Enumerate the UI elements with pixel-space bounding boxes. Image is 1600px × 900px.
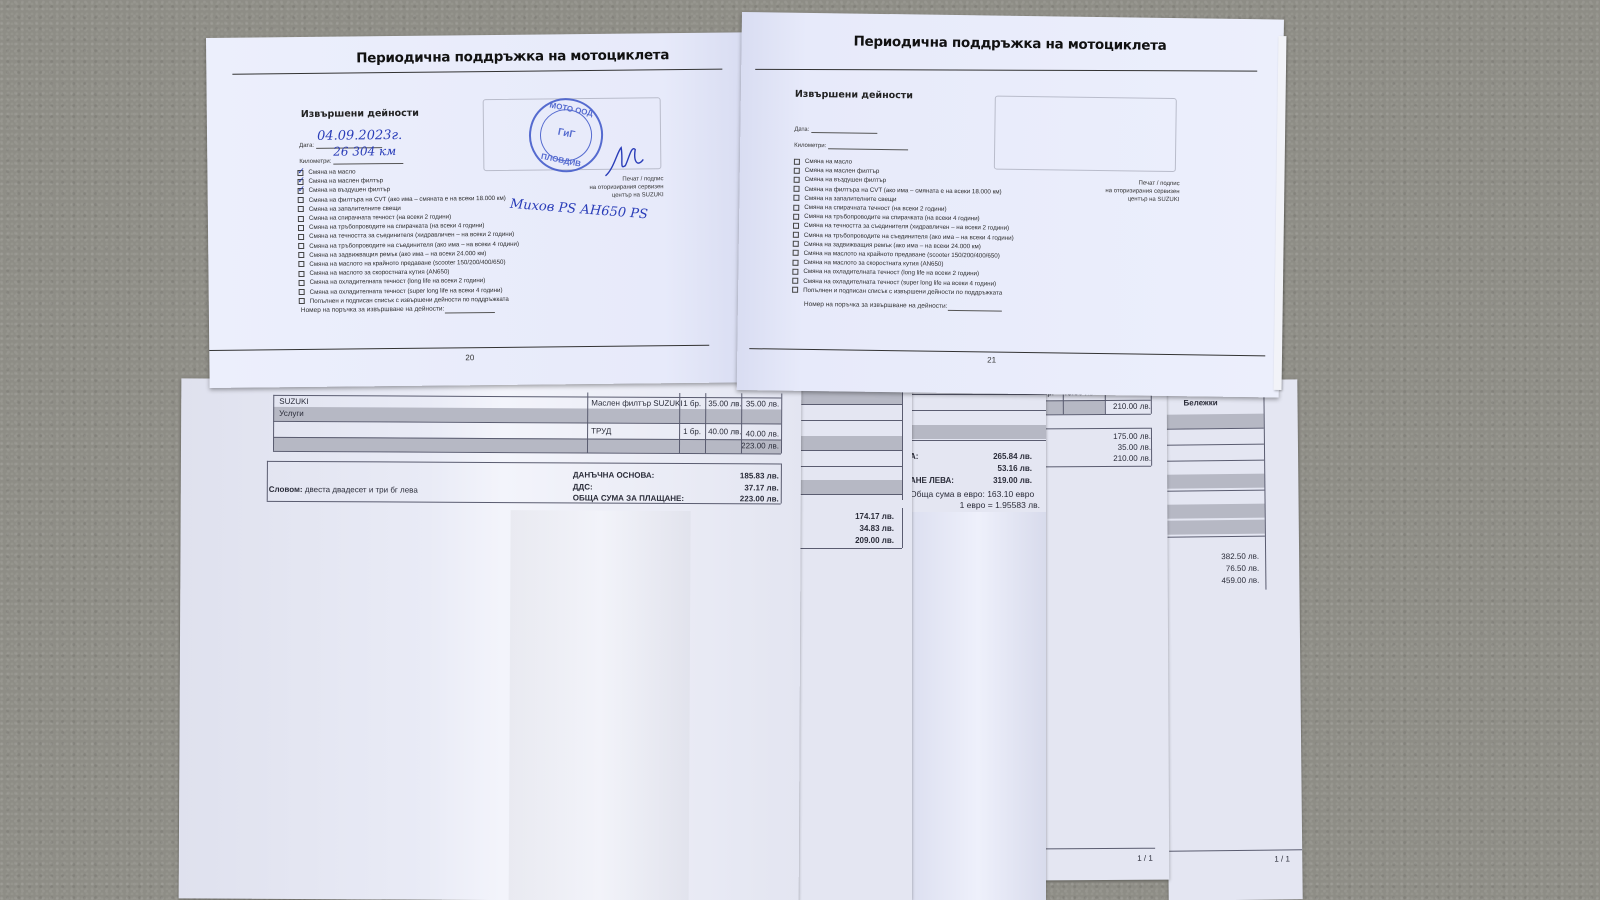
checklist-item-label: Смяна на масло <box>308 169 355 176</box>
checkbox-empty-icon <box>298 271 304 277</box>
checkbox-empty-icon <box>299 280 305 286</box>
signature <box>603 139 645 179</box>
checklist-item-label: Смяна на масло <box>805 158 852 166</box>
invoice-2-vat: 34.83 лв. <box>860 524 894 533</box>
invoice-3-vat: 53.16 лв. <box>998 464 1032 473</box>
invoice-3-euro-total: Обща сума в евро: 163.10 евро <box>910 489 1034 499</box>
checkbox-empty-icon <box>298 234 304 240</box>
notes-header: Бележки <box>1183 398 1217 407</box>
checkbox-empty-icon <box>793 204 799 210</box>
page-title: Периодична поддръжка на мотоциклета <box>356 47 669 66</box>
invoice-sheet-5: Бележки 382.50 лв. 76.50 лв. 459.00 лв. … <box>1163 379 1302 900</box>
stamp-area <box>994 96 1177 173</box>
checkbox-empty-icon <box>793 195 799 201</box>
invoice-sheet-1: SUZUKI Маслен филтър SUZUKI 1 бр. 35.00 … <box>179 378 802 900</box>
checkbox-empty-icon <box>793 241 799 247</box>
invoice-3-exchange-rate: 1 евро = 1.95583 лв. <box>960 500 1040 510</box>
checklist-item-label: Смяна на маслен филтър <box>805 167 880 175</box>
invoice-line-2-item: ТРУД <box>591 427 611 436</box>
invoice-sheet-4: бр. 40.00 лв. 40.00 лв. 210.00 лв. 175.0… <box>1043 380 1170 881</box>
section-title: Извършени дейности <box>795 89 913 102</box>
page-number: 21 <box>987 355 996 364</box>
date-field: Дата: <box>794 125 877 134</box>
invoice-line-1-qty: 1 бр. <box>683 399 701 408</box>
checkbox-empty-icon <box>793 223 799 229</box>
invoice-5-vat: 76.50 лв. <box>1226 564 1259 573</box>
checkbox-empty-icon <box>298 243 304 249</box>
invoice-sheet-3: А: 265.84 лв. 53.16 лв. АНЕ ЛЕВА: 319.00… <box>910 380 1046 900</box>
vat-value: 37.17 лв. <box>744 483 779 492</box>
checkbox-empty-icon <box>298 225 304 231</box>
invoice-4-page-number: 1 / 1 <box>1137 854 1153 863</box>
checklist-item: Попълнен и подписан списък с извършени д… <box>792 285 1013 297</box>
invoice-line-1-price: 35.00 лв. <box>708 399 741 408</box>
checkbox-empty-icon <box>794 177 800 183</box>
booklet-page-20: Периодична поддръжка на мотоциклета Извъ… <box>206 32 746 388</box>
invoice-line-1-item: Маслен филтър SUZUKI <box>591 399 682 408</box>
checkbox-empty-icon <box>298 206 304 212</box>
maintenance-checklist: Смяна на маслоСмяна на маслен филтърСмян… <box>297 166 519 306</box>
vat-label: ДДС: <box>573 482 593 491</box>
amount-in-words: Словом: двеста двадесет и три бг лева <box>269 485 418 495</box>
checkbox-empty-icon <box>793 232 799 238</box>
page-title: Периодична поддръжка на мотоциклета <box>853 34 1166 54</box>
invoice-2-total: 209.00 лв. <box>855 536 894 545</box>
invoice-3-total-label: АНЕ ЛЕВА: <box>910 476 954 485</box>
invoice-3-tax-base: 265.84 лв. <box>993 452 1032 461</box>
checklist-item-label: Смяна на запалителните свещи <box>309 205 401 213</box>
total-label: ОБЩА СУМА ЗА ПЛАЩАНЕ: <box>573 493 684 503</box>
stamp-caption: Печат / подпис на оторизирания сервизен … <box>1083 179 1179 204</box>
checkbox-empty-icon <box>794 168 800 174</box>
invoice-sheet-2: 174.17 лв. 34.83 лв. 209.00 лв. <box>790 380 912 900</box>
handwritten-note: Михов PS АН650 РS <box>509 197 648 223</box>
checkbox-empty-icon <box>793 250 799 256</box>
stamp-caption: Печат / подпис на оторизирания сервизен … <box>567 175 663 200</box>
checkbox-checked-icon <box>298 188 304 194</box>
invoice-2-tax-base: 174.17 лв. <box>855 512 894 521</box>
checklist-item-label: Попълнен и подписан списък с извършени д… <box>803 287 1002 297</box>
invoice-line-2-qty: 1 бр. <box>683 427 701 436</box>
invoice-line-1-total: 35.00 лв. <box>746 399 779 408</box>
checkbox-empty-icon <box>792 287 798 293</box>
checklist-item-label: Смяна на въздушен филтър <box>309 187 390 195</box>
tax-base-label: ДАНЪЧНА ОСНОВА: <box>573 470 654 479</box>
checklist-item-label: Смяна на спирачната течност (на всеки 2 … <box>309 213 451 221</box>
invoice-4-subtotal: 210.00 лв. <box>1113 402 1151 411</box>
checkbox-empty-icon <box>298 197 304 203</box>
invoice-4-tax-base: 175.00 лв. <box>1113 432 1151 441</box>
order-number-field: Номер на поръчка за извършване на дейнос… <box>804 301 948 310</box>
checkbox-empty-icon <box>792 269 798 275</box>
invoice-line-2-price: 40.00 лв. <box>708 427 741 436</box>
invoice-3-total: 319.00 лв. <box>993 476 1032 485</box>
checkbox-empty-icon <box>299 298 305 304</box>
tax-base-value: 185.83 лв. <box>740 471 779 480</box>
booklet-page-21: Периодична поддръжка на мотоциклета Извъ… <box>737 12 1284 398</box>
km-field: Километри: <box>794 141 908 151</box>
checkbox-empty-icon <box>792 259 798 265</box>
checklist-item-label: Смяна на маслен филтър <box>308 177 383 185</box>
handwritten-date: 04.09.2023г. <box>317 128 402 144</box>
checklist-item-label: Смяна на запалителните свещи <box>804 195 896 203</box>
invoice-4-vat: 35.00 лв. <box>1118 443 1151 452</box>
page-number: 20 <box>465 353 474 362</box>
checkbox-empty-icon <box>792 278 798 284</box>
checkbox-empty-icon <box>299 289 305 295</box>
checkbox-empty-icon <box>794 158 800 164</box>
checkbox-empty-icon <box>298 261 304 267</box>
invoice-services-row: Услуги <box>279 409 304 418</box>
total-value: 223.00 лв. <box>740 494 779 503</box>
invoice-4-total: 210.00 лв. <box>1113 454 1151 463</box>
invoice-brand-row: SUZUKI <box>279 397 308 406</box>
invoice-5-page-number: 1 / 1 <box>1274 854 1290 863</box>
checkbox-empty-icon <box>298 216 304 222</box>
invoice-subtotal: 223.00 лв. <box>741 441 779 450</box>
checklist-item-label: Смяна на маслото за скоростната кутия (A… <box>309 269 449 277</box>
checklist-item-label: Смяна на въздушен филтър <box>805 176 887 184</box>
invoice-5-total: 459.00 лв. <box>1221 576 1259 585</box>
order-number-field: Номер на поръчка за извършване на дейнос… <box>301 306 445 315</box>
checkbox-empty-icon <box>298 252 304 258</box>
section-title: Извършени дейности <box>301 108 419 120</box>
invoice-5-tax-base: 382.50 лв. <box>1221 552 1259 561</box>
checkbox-empty-icon <box>793 213 799 219</box>
checklist-item-label: Попълнен и подписан списък с извършени д… <box>310 296 509 305</box>
handwritten-km: 26 304 км <box>333 144 396 159</box>
invoice-line-2-total: 40.00 лв. <box>746 429 779 438</box>
checkbox-empty-icon <box>793 186 799 192</box>
maintenance-checklist: Смяна на маслоСмяна на маслен филтърСмян… <box>792 157 1015 298</box>
